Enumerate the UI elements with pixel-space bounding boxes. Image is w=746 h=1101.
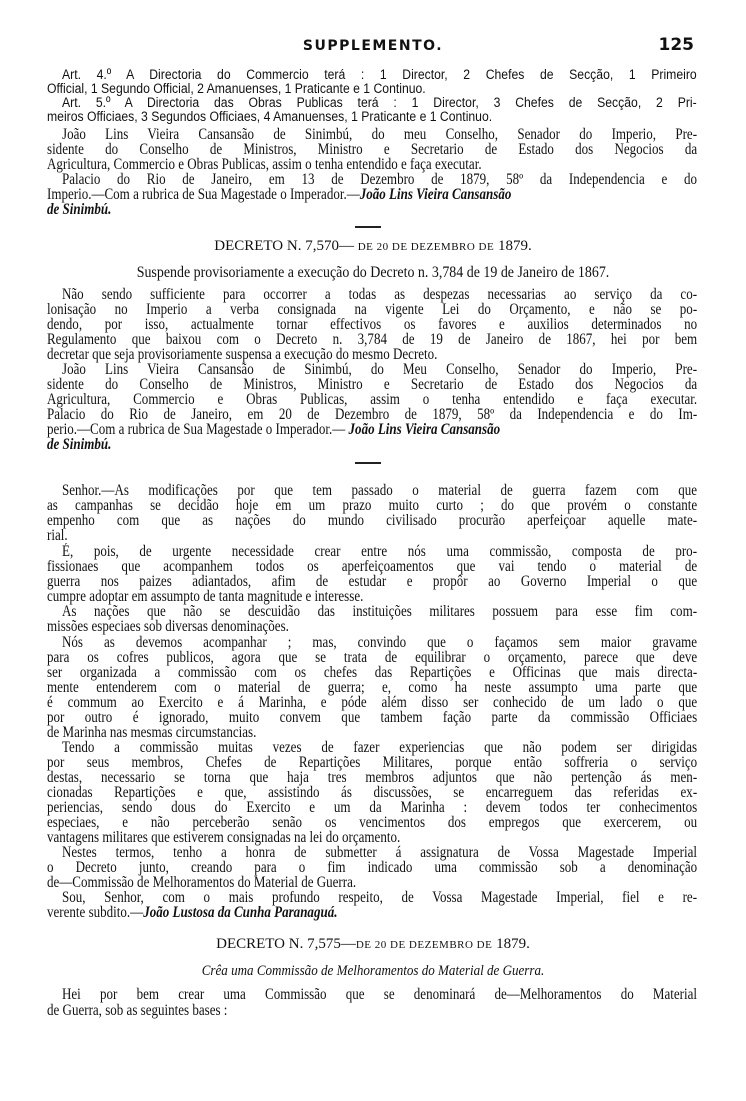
signature: João Lustosa da Cunha Paranaguá. [143, 904, 337, 921]
decree-summary: Crêa uma Commissão de Melhoramentos do M… [37, 963, 708, 980]
text-line: Nós as devemos acompanhar ; mas, convind… [62, 635, 697, 650]
decree-heading: DECRETO N. 7,570— DE 20 DE DEZEMBRO DE 1… [0, 238, 746, 255]
text-line: destas, necessario se torna que haja tre… [47, 770, 697, 785]
text-line: Sou, Senhor, com o mais profundo respeit… [62, 890, 697, 905]
signature: João Lins Vieira Cansansão [349, 421, 501, 438]
decree-year: 1879. [496, 936, 530, 952]
text-line: Hei por bem crear uma Commissão que se d… [62, 987, 697, 1002]
signature: João Lins Vieira Cansansão [360, 186, 512, 203]
section-separator [355, 226, 381, 228]
text-line: fissionaes que acompanhem todos os aperf… [47, 559, 697, 574]
text-line: as campanhas se decidão hoje em um prazo… [47, 498, 697, 513]
decree-number: DECRETO N. 7,575— [216, 936, 356, 952]
text-line: meiros Officiaes, 3 Segundos Officiaes, … [47, 110, 697, 125]
text-line: As nações que não se descuidão das insti… [62, 604, 697, 619]
text-line: Palacio do Rio de Janeiro, em 20 de Deze… [47, 407, 697, 422]
decree-summary: Suspende provisoriamente a execução do D… [37, 264, 708, 282]
running-header-title: SUPPLEMENTO. [0, 38, 746, 54]
text-line: Regulamento que baixou com o Decreto n. … [47, 332, 697, 347]
text-line: especiaes, e não perceberão senão os ven… [47, 815, 697, 830]
text-line: verente subdito.—João Lustosa da Cunha P… [47, 905, 697, 920]
text-line: Não sendo sufficiente para occorrer a to… [62, 287, 697, 302]
text-line: Palacio do Rio de Janeiro, em 13 de Deze… [62, 172, 697, 187]
text-line: lonisação no Imperio a verba consignada … [47, 302, 697, 317]
decree-heading: DECRETO N. 7,575—DE 20 DE DEZEMBRO DE 18… [0, 936, 746, 953]
text-line: de Marinha nas mesmas circumstancias. [47, 725, 697, 740]
document-page: SUPPLEMENTO. 125 Art. 4.º A Directoria d… [0, 0, 746, 1101]
text-line: rial. [47, 528, 697, 543]
text-line: ser organizada a commissão com os chefes… [47, 665, 697, 680]
section-separator [355, 462, 381, 464]
text-line: para os cofres publicos, agora que se tr… [47, 650, 697, 665]
text-line: por seus membros, Chefes de Repartições … [47, 755, 697, 770]
text-line: decretar que seja provisoriamente suspen… [47, 347, 697, 362]
text-line: mente entenderem com o material de guerr… [47, 680, 697, 695]
text-line: cumpre adoptar em assumpto de tanta magn… [47, 589, 697, 604]
text-line: Agricultura, Commercio e Obras Publicas,… [47, 157, 697, 172]
text-line: cionadas Repartições e que, assistindo á… [47, 785, 697, 800]
text-line: João Lins Vieira Cansansão de Sinimbú, d… [62, 127, 697, 142]
text-line: dendo, por isso, actualmente tornar effe… [47, 317, 697, 332]
text-line: Tendo a commissão muitas vezes de fazer … [62, 740, 697, 755]
signature-continuation: de Sinimbú. [47, 437, 697, 452]
decree-year: 1879. [498, 238, 532, 254]
signature-continuation: de Sinimbú. [47, 202, 697, 217]
text-line: Agricultura, Commercio e Obras Publicas,… [47, 392, 697, 407]
text-line: periencias, sendo dous do Exercito e um … [47, 800, 697, 815]
text-line: É, pois, de urgente necessidade crear en… [62, 544, 697, 559]
text-line: missões especiaes sob diversas denominaç… [47, 619, 697, 634]
text-line: Imperio.—Com a rubrica de Sua Magestade … [47, 187, 697, 202]
text-line: é commum ao Exercito e á Marinha, e póde… [47, 695, 697, 710]
text-line: sidente do Conselho de Ministros, Minist… [47, 142, 697, 157]
text-line: empenho com que as nações do mundo civil… [47, 513, 697, 528]
page-number: 125 [659, 35, 695, 55]
text-line: vantagens militares que estiverem consig… [47, 830, 697, 845]
text-line: sidente do Conselho de Ministros, Minist… [47, 377, 697, 392]
text-line: por outro é ignorado, muito convem que t… [47, 710, 697, 725]
decree-date: DE 20 DE DEZEMBRO DE [356, 939, 493, 951]
text-line: perio.—Com a rubrica de Sua Magestade o … [47, 422, 697, 437]
decree-number: DECRETO N. 7,570— [214, 238, 354, 254]
text-line: o Decreto junto, creando para o fim indi… [47, 860, 697, 875]
text-line: João Lins Vieira Cansansão de Sinimbú, d… [62, 362, 697, 377]
text-line: de Guerra, sob as seguintes bases : [47, 1003, 697, 1018]
text-line: Nestes termos, tenho a honra de submette… [62, 845, 697, 860]
text-line: guerra nos paizes adiantados, afim de es… [47, 574, 697, 589]
text-line: Senhor.—As modificações por que tem pass… [62, 483, 697, 498]
text-fragment: verente subdito.— [47, 904, 143, 921]
decree-date: DE 20 DE DEZEMBRO DE [358, 241, 495, 253]
text-line: de—Commissão de Melhoramentos do Materia… [47, 875, 697, 890]
